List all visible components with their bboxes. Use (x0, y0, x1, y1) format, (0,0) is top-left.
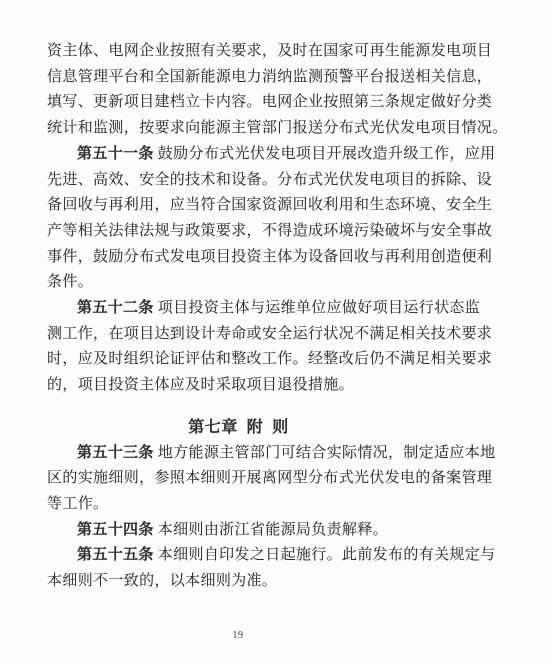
line-text: 区的实施细则，参照本细则开展离网型分布式光伏发电的备案管理 (47, 470, 492, 486)
line-text: 项目投资主体与运维单位应做好项目运行状态监 (158, 300, 480, 316)
line-text: 地方能源主管部门可结合实际情况，制定适应本地 (158, 445, 496, 461)
text-line: 第五十二条项目投资主体与运维单位应做好项目运行状态监 (47, 296, 508, 322)
text-line: 事件，鼓励分布式发电项目投资主体为设备回收与再利用创造便利 (47, 245, 508, 271)
article-number: 第五十四条 (77, 522, 154, 538)
chapter-heading: 第七章 附 则 (8, 415, 469, 441)
text-line: 备回收与再利用，应当符合国家资源回收利用和生态环境、安全生 (47, 193, 508, 219)
article-number: 第五十五条 (77, 547, 154, 563)
line-text: 测工作，在项目达到设计寿命或安全运行状况不满足相关技术要求 (47, 326, 492, 342)
line-text: 鼓励分布式光伏发电项目开展改造升级工作，应用 (158, 146, 496, 162)
text-line: 时，应及时组织论证评估和整改工作。经整改后仍不满足相关要求 (47, 347, 508, 373)
document-page: 资主体、电网企业按照有关要求，及时在国家可再生能源发电项目信息管理平台和全国新能… (0, 0, 552, 665)
text-line: 填写、更新项目建档立卡内容。电网企业按照第三条规定做好分类 (47, 90, 508, 116)
line-text: 条件。 (47, 274, 93, 290)
text-line: 资主体、电网企业按照有关要求，及时在国家可再生能源发电项目 (47, 39, 508, 65)
line-text: 事件，鼓励分布式发电项目投资主体为设备回收与再利用创造便利 (47, 249, 492, 265)
text-line: 第五十五条本细则自印发之日起施行。此前发布的有关规定与 (47, 543, 508, 569)
line-text: 填写、更新项目建档立卡内容。电网企业按照第三条规定做好分类 (47, 94, 492, 110)
text-line: 本细则不一致的，以本细则为准。 (47, 569, 508, 595)
text-line: 第五十三条地方能源主管部门可结合实际情况，制定适应本地 (47, 441, 508, 467)
text-line: 等工作。 (47, 492, 508, 518)
text-line: 条件。 (47, 270, 508, 296)
text-line: 统计和监测，按要求向能源主管部门报送分布式光伏发电项目情况。 (47, 116, 508, 142)
line-text: 时，应及时组织论证评估和整改工作。经整改后仍不满足相关要求 (47, 351, 492, 367)
text-line: 先进、高效、安全的技术和设备。分布式光伏发电项目的拆除、设 (47, 168, 508, 194)
text-line: 测工作，在项目达到设计寿命或安全运行状况不满足相关技术要求 (47, 322, 508, 348)
line-text: 信息管理平台和全国新能源电力消纳监测预警平台报送相关信息， (47, 69, 492, 85)
line-text: 统计和监测，按要求向能源主管部门报送分布式光伏发电项目情况。 (47, 120, 508, 136)
line-text: 备回收与再利用，应当符合国家资源回收利用和生态环境、安全生 (47, 197, 492, 213)
page-number: 19 (216, 630, 260, 641)
article-number: 第五十三条 (77, 445, 154, 461)
line-text: 等工作。 (47, 496, 108, 512)
text-line: 第五十四条本细则由浙江省能源局负责解释。 (47, 518, 508, 544)
document-text-block: 资主体、电网企业按照有关要求，及时在国家可再生能源发电项目信息管理平台和全国新能… (47, 39, 508, 595)
line-text: 产等相关法律法规与政策要求，不得造成环境污染破坏与安全事故 (47, 223, 492, 239)
text-line: 产等相关法律法规与政策要求，不得造成环境污染破坏与安全事故 (47, 219, 508, 245)
line-text: 本细则自印发之日起施行。此前发布的有关规定与 (158, 547, 496, 563)
text-line: 信息管理平台和全国新能源电力消纳监测预警平台报送相关信息， (47, 65, 508, 91)
line-text: 资主体、电网企业按照有关要求，及时在国家可再生能源发电项目 (47, 43, 492, 59)
text-line: 第五十一条鼓励分布式光伏发电项目开展改造升级工作，应用 (47, 142, 508, 168)
article-number: 第五十一条 (77, 146, 154, 162)
article-number: 第五十二条 (77, 300, 154, 316)
text-line: 区的实施细则，参照本细则开展离网型分布式光伏发电的备案管理 (47, 466, 508, 492)
line-text: 本细则不一致的，以本细则为准。 (47, 573, 277, 589)
line-text: 本细则由浙江省能源局负责解释。 (158, 522, 388, 538)
line-text: 先进、高效、安全的技术和设备。分布式光伏发电项目的拆除、设 (47, 172, 492, 188)
text-line: 的，项目投资主体应及时采取项目退役措施。 (47, 373, 508, 399)
line-text: 的，项目投资主体应及时采取项目退役措施。 (47, 377, 354, 393)
